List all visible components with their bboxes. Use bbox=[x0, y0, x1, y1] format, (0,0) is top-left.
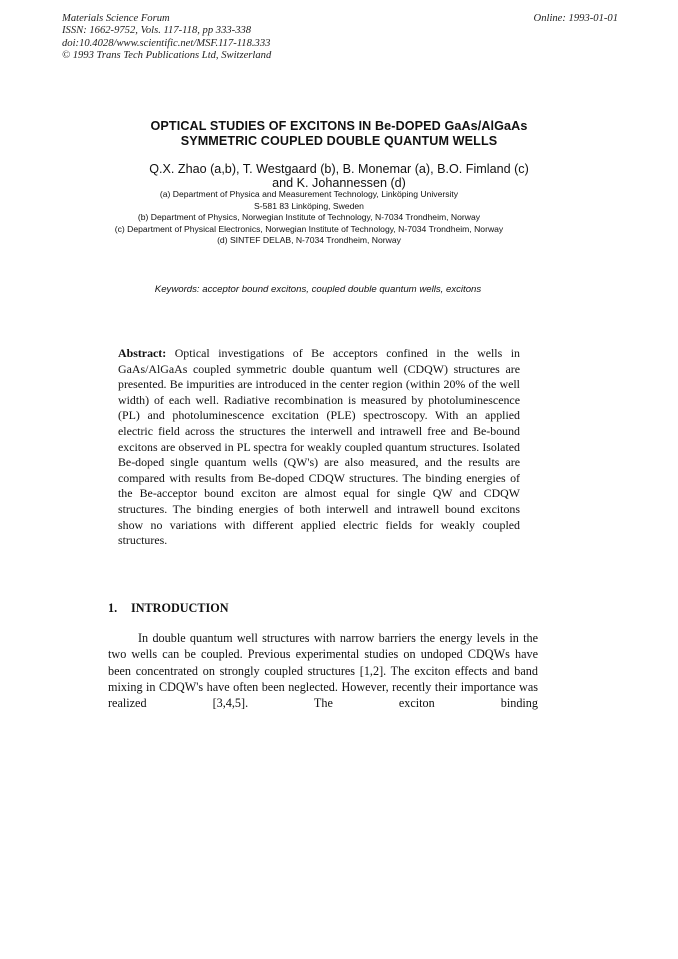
journal-name: Materials Science Forum bbox=[62, 13, 271, 25]
title-line-1: OPTICAL STUDIES OF EXCITONS IN Be-DOPED … bbox=[0, 119, 678, 134]
section-title: INTRODUCTION bbox=[131, 601, 229, 615]
issn-line: ISSN: 1662-9752, Vols. 117-118, pp 333-3… bbox=[62, 25, 271, 37]
affiliations: (a) Department of Physica and Measuremen… bbox=[0, 189, 618, 247]
affiliation-a-address: S-581 83 Linköping, Sweden bbox=[0, 201, 618, 213]
affiliation-b: (b) Department of Physics, Norwegian Ins… bbox=[0, 212, 618, 224]
abstract-text: Optical investigations of Be acceptors c… bbox=[118, 346, 520, 547]
section-heading: 1.INTRODUCTION bbox=[108, 601, 229, 616]
intro-paragraph: In double quantum well structures with n… bbox=[108, 630, 538, 711]
abstract: Abstract: Optical investigations of Be a… bbox=[118, 346, 520, 549]
affiliation-c: (c) Department of Physical Electronics, … bbox=[0, 224, 618, 236]
abstract-label: Abstract: bbox=[118, 346, 166, 360]
intro-text: In double quantum well structures with n… bbox=[108, 631, 538, 710]
author-list: Q.X. Zhao (a,b), T. Westgaard (b), B. Mo… bbox=[0, 162, 678, 190]
title-line-2: SYMMETRIC COUPLED DOUBLE QUANTUM WELLS bbox=[0, 134, 678, 149]
affiliation-a: (a) Department of Physica and Measuremen… bbox=[0, 189, 618, 201]
paper-title: OPTICAL STUDIES OF EXCITONS IN Be-DOPED … bbox=[0, 119, 678, 149]
online-date: Online: 1993-01-01 bbox=[534, 13, 618, 24]
journal-header: Materials Science Forum ISSN: 1662-9752,… bbox=[62, 13, 271, 62]
affiliation-d: (d) SINTEF DELAB, N-7034 Trondheim, Norw… bbox=[0, 235, 618, 247]
section-number: 1. bbox=[108, 601, 131, 616]
authors-line-1: Q.X. Zhao (a,b), T. Westgaard (b), B. Mo… bbox=[0, 162, 678, 176]
authors-line-2: and K. Johannessen (d) bbox=[0, 176, 678, 190]
copyright-line: © 1993 Trans Tech Publications Ltd, Swit… bbox=[62, 50, 271, 62]
doi-line: doi:10.4028/www.scientific.net/MSF.117-1… bbox=[62, 38, 271, 50]
keywords: Keywords: acceptor bound excitons, coupl… bbox=[0, 284, 636, 295]
